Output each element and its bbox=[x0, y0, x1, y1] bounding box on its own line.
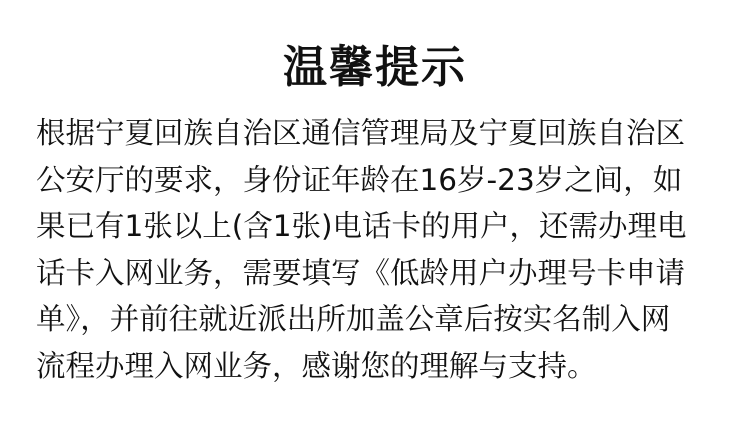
notice-line: 话卡入网业务，需要填写《低龄用户办理号卡申请 bbox=[36, 250, 726, 297]
notice-panel: 温馨提示 根据宁夏回族自治区通信管理局及宁夏回族自治区 公安厅的要求，身份证年龄… bbox=[0, 0, 750, 427]
notice-body: 根据宁夏回族自治区通信管理局及宁夏回族自治区 公安厅的要求，身份证年龄在16岁-… bbox=[36, 110, 726, 389]
notice-line: 公安厅的要求，身份证年龄在16岁-23岁之间，如 bbox=[36, 157, 726, 204]
notice-line: 根据宁夏回族自治区通信管理局及宁夏回族自治区 bbox=[36, 110, 726, 157]
notice-line: 单》，并前往就近派出所加盖公章后按实名制入网 bbox=[36, 296, 726, 343]
notice-line: 果已有1张以上(含1张)电话卡的用户，还需办理电 bbox=[36, 203, 726, 250]
notice-line: 流程办理入网业务，感谢您的理解与支持。 bbox=[36, 343, 726, 390]
notice-title: 温馨提示 bbox=[0, 40, 750, 96]
